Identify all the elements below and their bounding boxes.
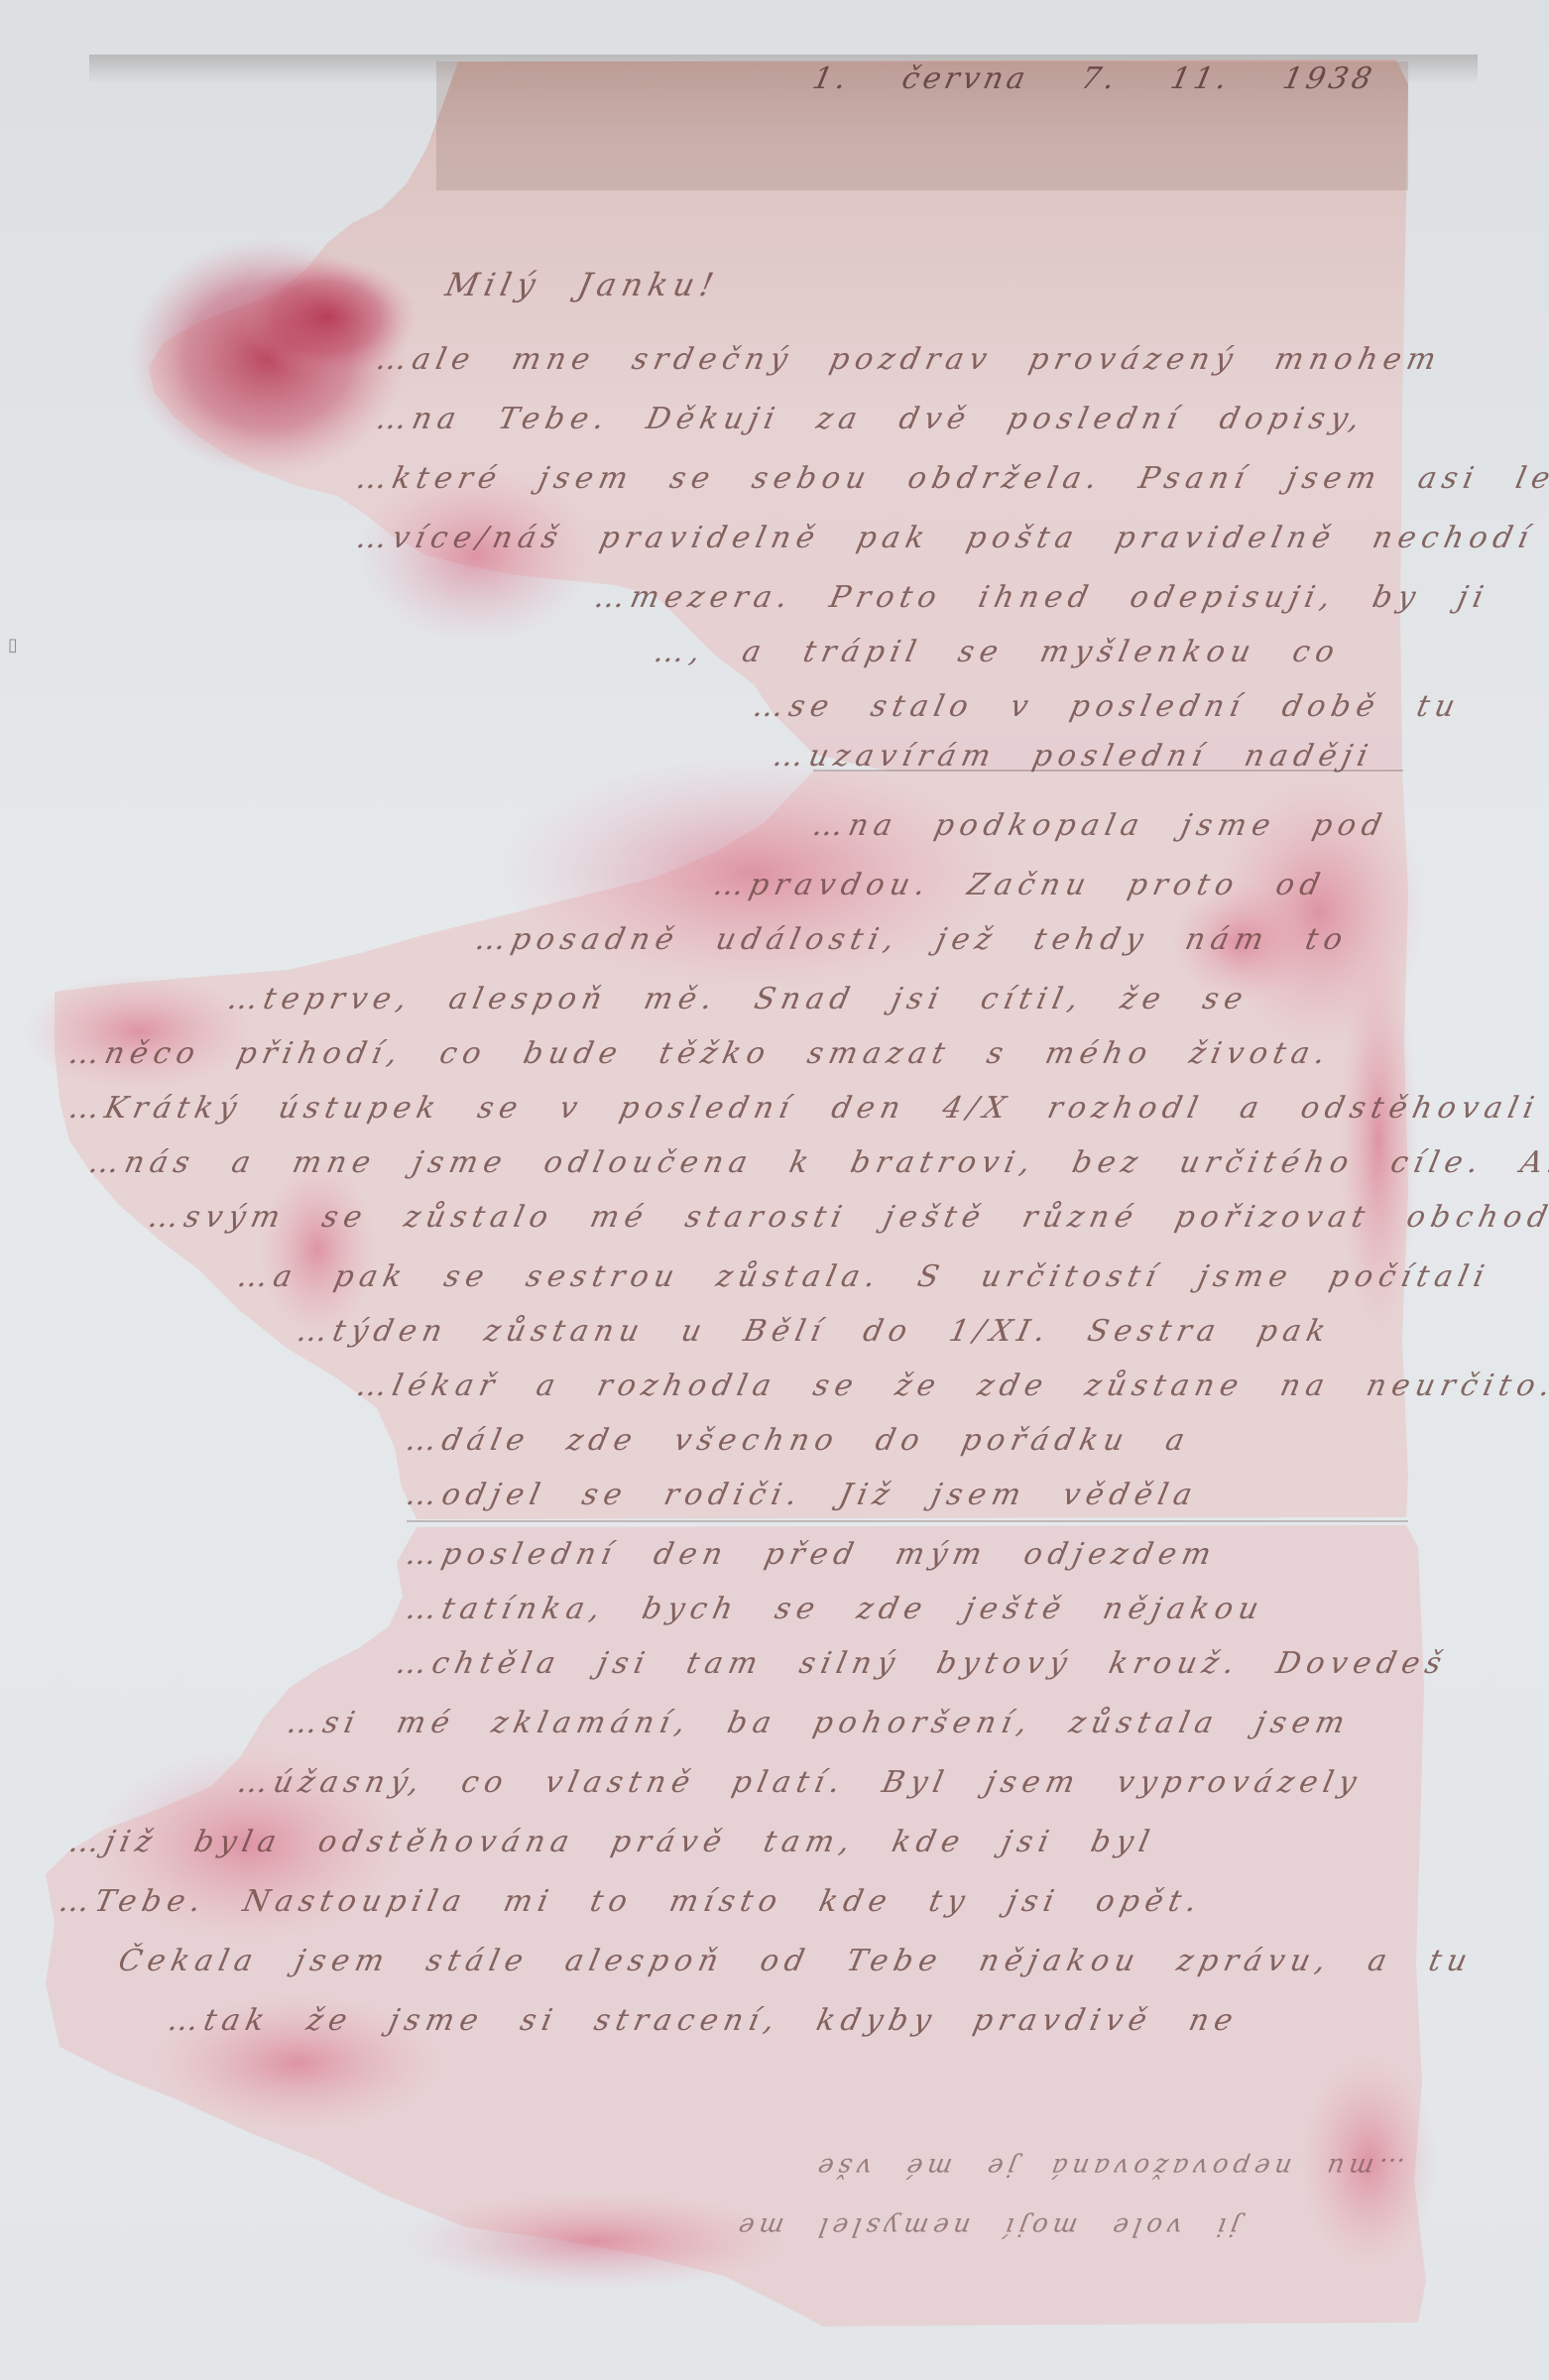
letter-line: …odjel se rodiči. Již jsem věděla (403, 1478, 1201, 1512)
letter-line: …již byla odstěhována právě tam, kde jsi… (65, 1825, 1158, 1859)
letter-line: …něco přihodí, co bude těžko smazat s mé… (65, 1036, 1334, 1071)
letter-line: …ale mne srdečný pozdrav provázený mnohe… (373, 342, 1445, 377)
upside-down-line: …mu nepovažovaná je mé vše (810, 2152, 1406, 2182)
letter-line: …poslední den před mým odjezdem (403, 1537, 1220, 1572)
letter-line: …dále zde všechno do pořádku a (403, 1423, 1193, 1458)
letter-line: …svým se zůstalo mé starosti ještě různé… (145, 1200, 1549, 1235)
letter-line: …chtěla jsi tam silný bytový krouž. Dove… (393, 1646, 1450, 1681)
letter-line: …, a trápil se myšlenkou co (651, 635, 1343, 669)
letter-greeting: Milý Janku! (442, 266, 723, 303)
letter-line: …si mé zklamání, ba pohoršení, zůstala j… (284, 1706, 1354, 1740)
letter-line: …tatínka, bych se zde ještě nějakou (403, 1592, 1267, 1626)
letter-line: …týden zůstanu u Bělí do 1/XI. Sestra pa… (294, 1314, 1334, 1349)
letter-line: Čekala jsem stále alespoň od Tebe nějako… (115, 1944, 1476, 1978)
letter-line: …na podkopala jsme pod (809, 808, 1390, 843)
letter-line: …a pak se sestrou zůstala. S určitostí j… (234, 1259, 1492, 1294)
letter-line: …Krátký ústupek se v poslední den 4/X ro… (65, 1091, 1543, 1126)
letter-line: …na Tebe. Děkuji za dvě poslední dopisy, (373, 402, 1369, 436)
letter-line: …nás a mne jsme odloučena k bratrovi, be… (85, 1145, 1549, 1180)
upside-down-line: ji vole mojí nemyslel me (731, 2211, 1241, 2241)
letter-line: …mezera. Proto ihned odepisuji, by ji (591, 580, 1492, 615)
letter-text: 1. června 7. 11. 1938 Milý Janku! …ale m… (0, 0, 1549, 2380)
letter-line: …uzavírám poslední naději (770, 739, 1376, 773)
letter-line: …které jsem se sebou obdržela. Psaní jse… (353, 461, 1549, 496)
letter-line: …lékař a rozhodla se že zde zůstane na n… (353, 1368, 1549, 1403)
letter-line: …teprve, alespoň mě. Snad jsi cítil, že … (224, 982, 1251, 1016)
letter-line: …se stalo v poslední době tu (750, 689, 1464, 724)
letter-date: 1. června 7. 11. 1938 (809, 61, 1378, 96)
letter-line: …úžasný, co vlastně platí. Byl jsem vypr… (234, 1765, 1366, 1800)
letter-line: …tak že jsme si stracení, kdyby pravdivě… (165, 2003, 1242, 2038)
letter-line: …pravdou. Začnu proto od (710, 868, 1329, 902)
letter-line: …Tebe. Nastoupila mi to místo kde ty jsi… (56, 1884, 1206, 1919)
letter-line: …více/náš pravidelně pak pošta pravideln… (353, 521, 1549, 555)
letter-line: …posadně události, jež tehdy nám to (472, 922, 1352, 957)
